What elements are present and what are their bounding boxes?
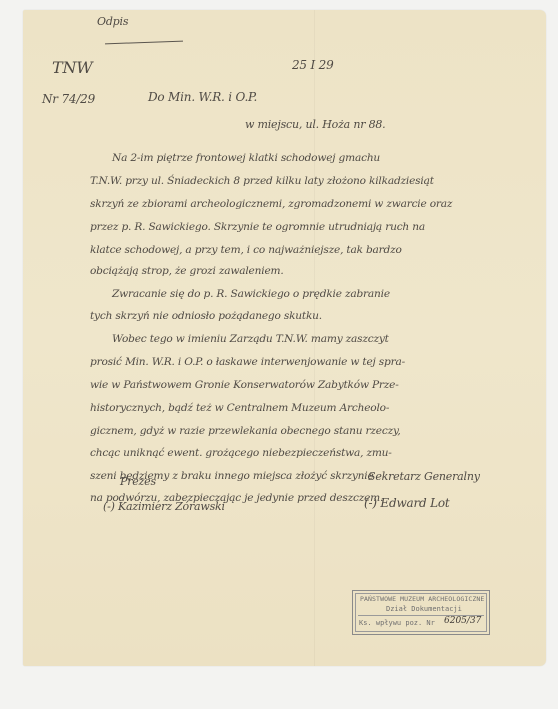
reference-number: Nr 74/29 [42,92,95,106]
closing-title-secretary: Sekretarz Generalny [368,470,480,483]
body-line: tych skrzyń nie odniosło pożądanego skut… [90,310,322,322]
stamp-frame: PAŃSTWOWE MUZEUM ARCHEOLOGICZNE Dział Do… [355,593,487,632]
archive-stamp: PAŃSTWOWE MUZEUM ARCHEOLOGICZNE Dział Do… [352,590,490,635]
closing-title-president: Prezes [120,475,156,488]
stamp-department: Dział Dokumentacji [386,605,462,613]
body-line: skrzyń ze zbiorami archeologicznemi, zgr… [90,198,452,210]
body-line: przez p. R. Sawickiego. Skrzynie te ogro… [90,221,425,233]
stamp-entry-number: 6205/37 [444,616,481,626]
stamp-institution: PAŃSTWOWE MUZEUM ARCHEOLOGICZNE [360,595,484,603]
stamp-entry-label: Ks. wpływu poz. Nr [359,619,435,627]
body-line: wie w Państwowem Gronie Konserwatorów Za… [90,379,399,391]
address-line: w miejscu, ul. Hoża nr 88. [245,118,385,131]
signature-secretary: (-) Edward Lot [364,496,450,510]
signature-president: (-) Kazimierz Zórawski [103,500,225,513]
addressee: Do Min. W.R. i O.P. [148,90,257,104]
letter-date: 25 I 29 [292,58,334,72]
sender-mark: TNW [52,58,93,77]
body-line: obciążają strop, że grozi zawaleniem. [90,265,284,277]
body-line: prosić Min. W.R. i O.P. o łaskawe interw… [90,356,405,368]
body-line: Na 2-im piętrze frontowej klatki schodow… [112,152,380,164]
body-line: T.N.W. przy ul. Śniadeckich 8 przed kilk… [90,175,434,187]
body-line: Zwracanie się do p. R. Sawickiego o pręd… [112,288,390,300]
body-line: historycznych, bądź też w Centralnem Muz… [90,402,389,414]
body-line: gicznem, gdyż w razie przewlekania obecn… [90,425,401,437]
body-line: klatce schodowej, a przy tem, i co najwa… [90,244,402,256]
body-line: chcąc uniknąć ewent. grożącego niebezpie… [90,447,392,459]
copy-mark: Odpis [97,15,128,28]
body-line: Wobec tego w imieniu Zarządu T.N.W. mamy… [112,333,389,345]
